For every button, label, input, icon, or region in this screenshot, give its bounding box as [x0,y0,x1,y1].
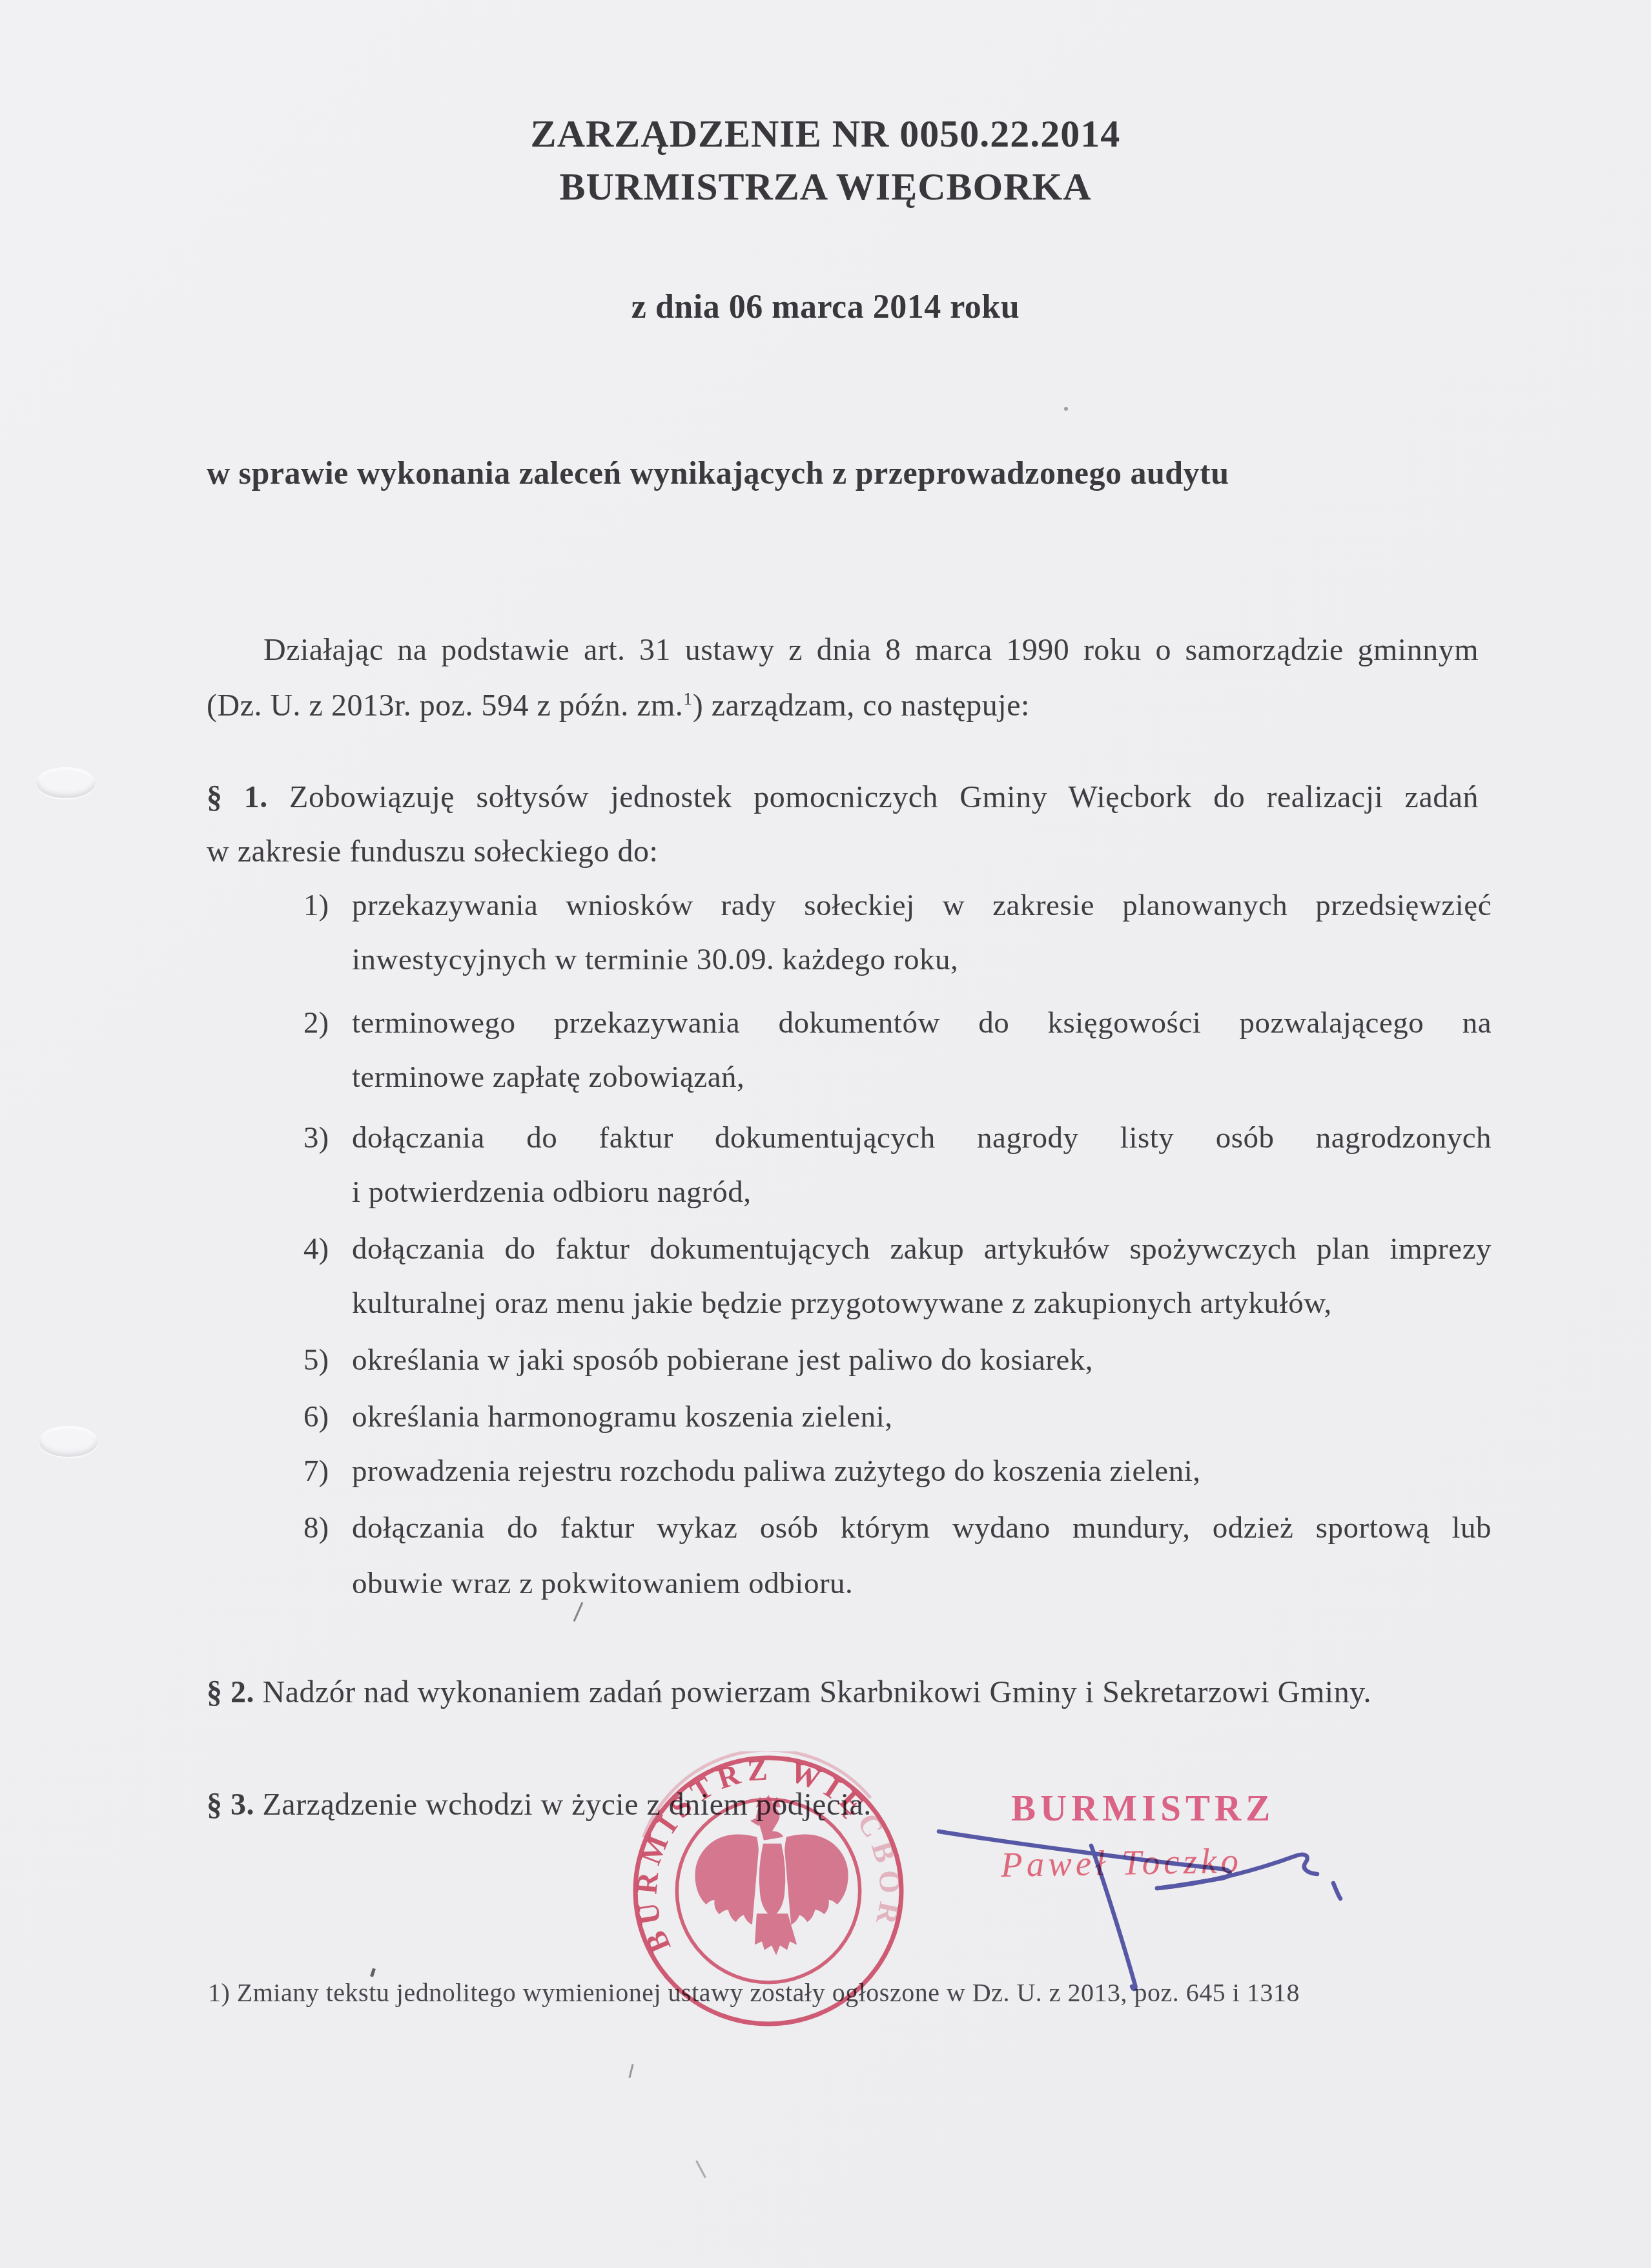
list-item-number: 2) [303,1008,329,1038]
list-item-continuation: obuwie wraz z pokwitowaniem odbioru. [352,1569,853,1599]
list-item: dołączania do faktur dokumentujących zak… [352,1234,1492,1264]
official-round-stamp: BURMISTRZ WIĘCBORKA [629,1751,908,2030]
legal-basis-text: (Dz. U. z 2013r. poz. 594 z późn. zm. [207,688,683,723]
paragraph-3-label: § 3. [207,1788,254,1822]
list-item-number: 4) [303,1234,329,1264]
list-item: prowadzenia rejestru rozchodu paliwa zuż… [352,1456,1201,1487]
list-item-number: 7) [303,1456,329,1487]
paragraph-1-intro-text: Zobowiązuję sołtysów jednostek pomocnicz… [289,780,1479,814]
ordering-clause-text: ) zarządzam, co następuje: [693,688,1030,723]
list-item: dołączania do faktur dokumentujących nag… [352,1123,1492,1153]
preamble-line-1: Działając na podstawie art. 31 ustawy z … [263,635,1479,666]
punch-hole-bottom [39,1426,98,1457]
list-item: terminowego przekazywania dokumentów do … [352,1008,1492,1038]
scan-artifact [695,2160,706,2178]
footnote-reference-mark: 1 [683,689,692,709]
list-item-continuation: inwestycyjnych w terminie 30.09. każdego… [352,945,958,975]
issuer-title: BURMISTRZA WIĘCBORKA [0,167,1651,206]
list-item-number: 3) [303,1123,329,1153]
list-item-continuation: terminowe zapłatę zobowiązań, [352,1062,744,1093]
ordinance-subject: w sprawie wykonania zaleceń wynikających… [207,457,1229,489]
signature-ink [930,1802,1369,2002]
ordinance-number-title: ZARZĄDZENIE NR 0050.22.2014 [0,114,1651,153]
list-item: dołączania do faktur wykaz osób którym w… [352,1513,1492,1543]
list-item-continuation: kulturalnej oraz menu jakie będzie przyg… [352,1288,1332,1319]
signature-stroke-descender [1091,1846,1135,1989]
scan-artifact [573,1602,584,1622]
list-item-number: 1) [303,891,329,921]
list-item: określania harmonogramu koszenia zieleni… [352,1402,892,1432]
list-item-continuation: i potwierdzenia odbioru nagród, [352,1177,752,1208]
paragraph-1-label: § 1. [207,780,268,814]
signature-stroke-horizontal [939,1831,1230,1888]
list-item: przekazywania wniosków rady sołeckiej w … [352,891,1492,921]
scan-artifact [1064,407,1068,411]
paragraph-2-label: § 2. [207,1675,254,1709]
list-item-number: 5) [303,1345,329,1376]
paragraph-2-text: Nadzór nad wykonaniem zadań powierzam Sk… [263,1675,1372,1709]
paragraph-1-intro-line-1: § 1. Zobowiązuję sołtysów jednostek pomo… [207,782,1479,813]
list-item-number: 8) [303,1513,329,1543]
paragraph-2: § 2. Nadzór nad wykonaniem zadań powierz… [207,1677,1371,1708]
ordinance-date: z dnia 06 marca 2014 roku [0,291,1651,324]
paragraph-1-intro-line-2: w zakresie funduszu sołeckiego do: [207,836,658,867]
preamble-line-2: (Dz. U. z 2013r. poz. 594 z późn. zm.1) … [207,690,1030,721]
scanned-document-page: ZARZĄDZENIE NR 0050.22.2014 BURMISTRZA W… [0,0,1651,2268]
list-item-number: 6) [303,1402,329,1432]
scan-artifact [370,1968,376,1977]
punch-hole-top [36,767,96,798]
scan-artifact [628,2064,633,2078]
list-item: określania w jaki sposób pobierane jest … [352,1345,1093,1376]
signature-stroke-tick [1333,1883,1340,1899]
